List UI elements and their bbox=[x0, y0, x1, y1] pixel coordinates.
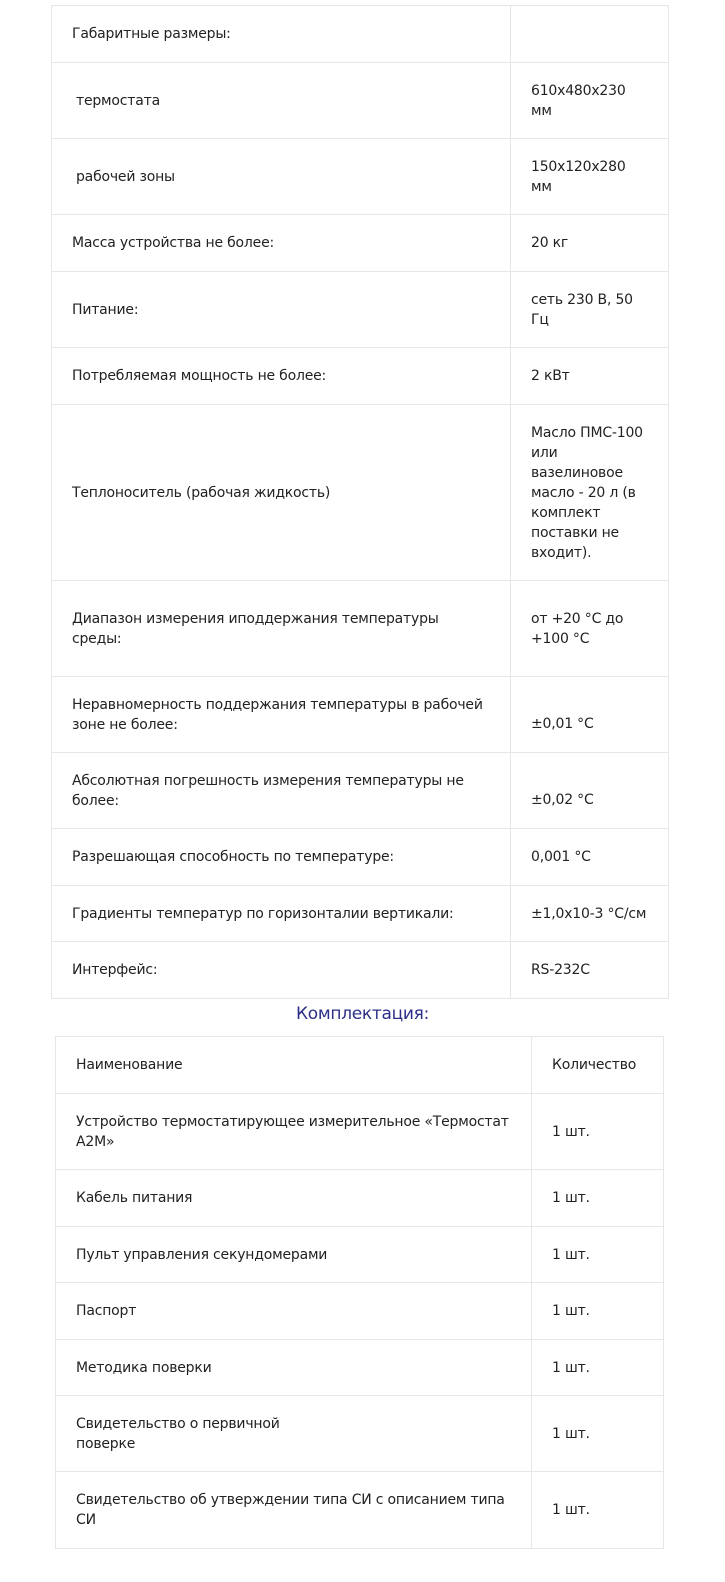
kit-item-qty: 1 шт. bbox=[532, 1170, 664, 1227]
table-row: Свидетельство о первичной поверке 1 шт. bbox=[56, 1396, 664, 1472]
spec-label: Разрешающая способность по температуре: bbox=[52, 829, 511, 886]
kit-item-qty: 1 шт. bbox=[532, 1340, 664, 1396]
kit-item-name: Устройство термостатирующее измерительно… bbox=[56, 1094, 532, 1170]
spec-label: Градиенты температур по горизонталии вер… bbox=[52, 886, 511, 942]
kit-item-name: Свидетельство о первичной поверке bbox=[56, 1396, 532, 1472]
spec-value: ±0,02 °С bbox=[511, 753, 669, 829]
spec-value: 2 кВт bbox=[511, 348, 669, 405]
specifications-table: Габаритные размеры: термостата 610x480x2… bbox=[51, 5, 669, 999]
table-row: Абсолютная погрешность измерения темпера… bbox=[52, 753, 669, 829]
table-row: Устройство термостатирующее измерительно… bbox=[56, 1094, 664, 1170]
kit-item-name: Кабель питания bbox=[56, 1170, 532, 1227]
spec-label: термостата bbox=[52, 63, 511, 139]
kit-table: Наименование Количество Устройство термо… bbox=[55, 1036, 664, 1549]
column-header-name: Наименование bbox=[56, 1037, 532, 1094]
table-row: Методика поверки 1 шт. bbox=[56, 1340, 664, 1396]
column-header-qty: Количество bbox=[532, 1037, 664, 1094]
spec-label: Питание: bbox=[52, 272, 511, 348]
table-row: Градиенты температур по горизонталии вер… bbox=[52, 886, 669, 942]
table-row: термостата 610x480x230 мм bbox=[52, 63, 669, 139]
table-row: Диапазон измерения иподдержания температ… bbox=[52, 581, 669, 677]
spec-label: Масса устройства не более: bbox=[52, 215, 511, 272]
spec-value: 0,001 °С bbox=[511, 829, 669, 886]
kit-item-name: Паспорт bbox=[56, 1283, 532, 1340]
spec-value: от +20 °С до +100 °С bbox=[511, 581, 669, 677]
spec-value: 610x480x230 мм bbox=[511, 63, 669, 139]
kit-item-qty: 1 шт. bbox=[532, 1396, 664, 1472]
spec-label: Габаритные размеры: bbox=[52, 6, 511, 63]
spec-label: Диапазон измерения иподдержания температ… bbox=[52, 581, 511, 677]
spec-label: рабочей зоны bbox=[52, 139, 511, 215]
kit-item-name: Методика поверки bbox=[56, 1340, 532, 1396]
table-row: Габаритные размеры: bbox=[52, 6, 669, 63]
spec-value: 150x120x280 мм bbox=[511, 139, 669, 215]
table-header-row: Наименование Количество bbox=[56, 1037, 664, 1094]
spec-value: сеть 230 В, 50 Гц bbox=[511, 272, 669, 348]
table-row: Пульт управления секундомерами 1 шт. bbox=[56, 1227, 664, 1283]
table-row: Неравномерность поддержания температуры … bbox=[52, 677, 669, 753]
spec-label: Неравномерность поддержания температуры … bbox=[52, 677, 511, 753]
table-row: Паспорт 1 шт. bbox=[56, 1283, 664, 1340]
table-row: Интерфейс: RS-232С bbox=[52, 942, 669, 999]
table-row: Питание: сеть 230 В, 50 Гц bbox=[52, 272, 669, 348]
spec-value: RS-232С bbox=[511, 942, 669, 999]
spec-label: Потребляемая мощность не более: bbox=[52, 348, 511, 405]
table-row: Кабель питания 1 шт. bbox=[56, 1170, 664, 1227]
kit-item-name: Пульт управления секундомерами bbox=[56, 1227, 532, 1283]
spec-value bbox=[511, 6, 669, 63]
spec-label: Абсолютная погрешность измерения темпера… bbox=[52, 753, 511, 829]
spec-value: ±0,01 °С bbox=[511, 677, 669, 753]
kit-item-qty: 1 шт. bbox=[532, 1227, 664, 1283]
kit-heading: Комплектация: bbox=[0, 1004, 725, 1024]
spec-value: 20 кг bbox=[511, 215, 669, 272]
spec-label: Теплоноситель (рабочая жидкость) bbox=[52, 405, 511, 581]
table-row: Разрешающая способность по температуре: … bbox=[52, 829, 669, 886]
table-row: Потребляемая мощность не более: 2 кВт bbox=[52, 348, 669, 405]
table-row: Теплоноситель (рабочая жидкость) Масло П… bbox=[52, 405, 669, 581]
kit-item-qty: 1 шт. bbox=[532, 1094, 664, 1170]
table-row: Свидетельство об утверждении типа СИ с о… bbox=[56, 1472, 664, 1549]
spec-value: Масло ПМС-100 или вазелиновое масло - 20… bbox=[511, 405, 669, 581]
kit-item-qty: 1 шт. bbox=[532, 1472, 664, 1549]
table-row: Масса устройства не более: 20 кг bbox=[52, 215, 669, 272]
spec-label: Интерфейс: bbox=[52, 942, 511, 999]
table-row: рабочей зоны 150x120x280 мм bbox=[52, 139, 669, 215]
kit-item-name: Свидетельство об утверждении типа СИ с о… bbox=[56, 1472, 532, 1549]
kit-item-qty: 1 шт. bbox=[532, 1283, 664, 1340]
spec-value: ±1,0x10-3 °С/см bbox=[511, 886, 669, 942]
